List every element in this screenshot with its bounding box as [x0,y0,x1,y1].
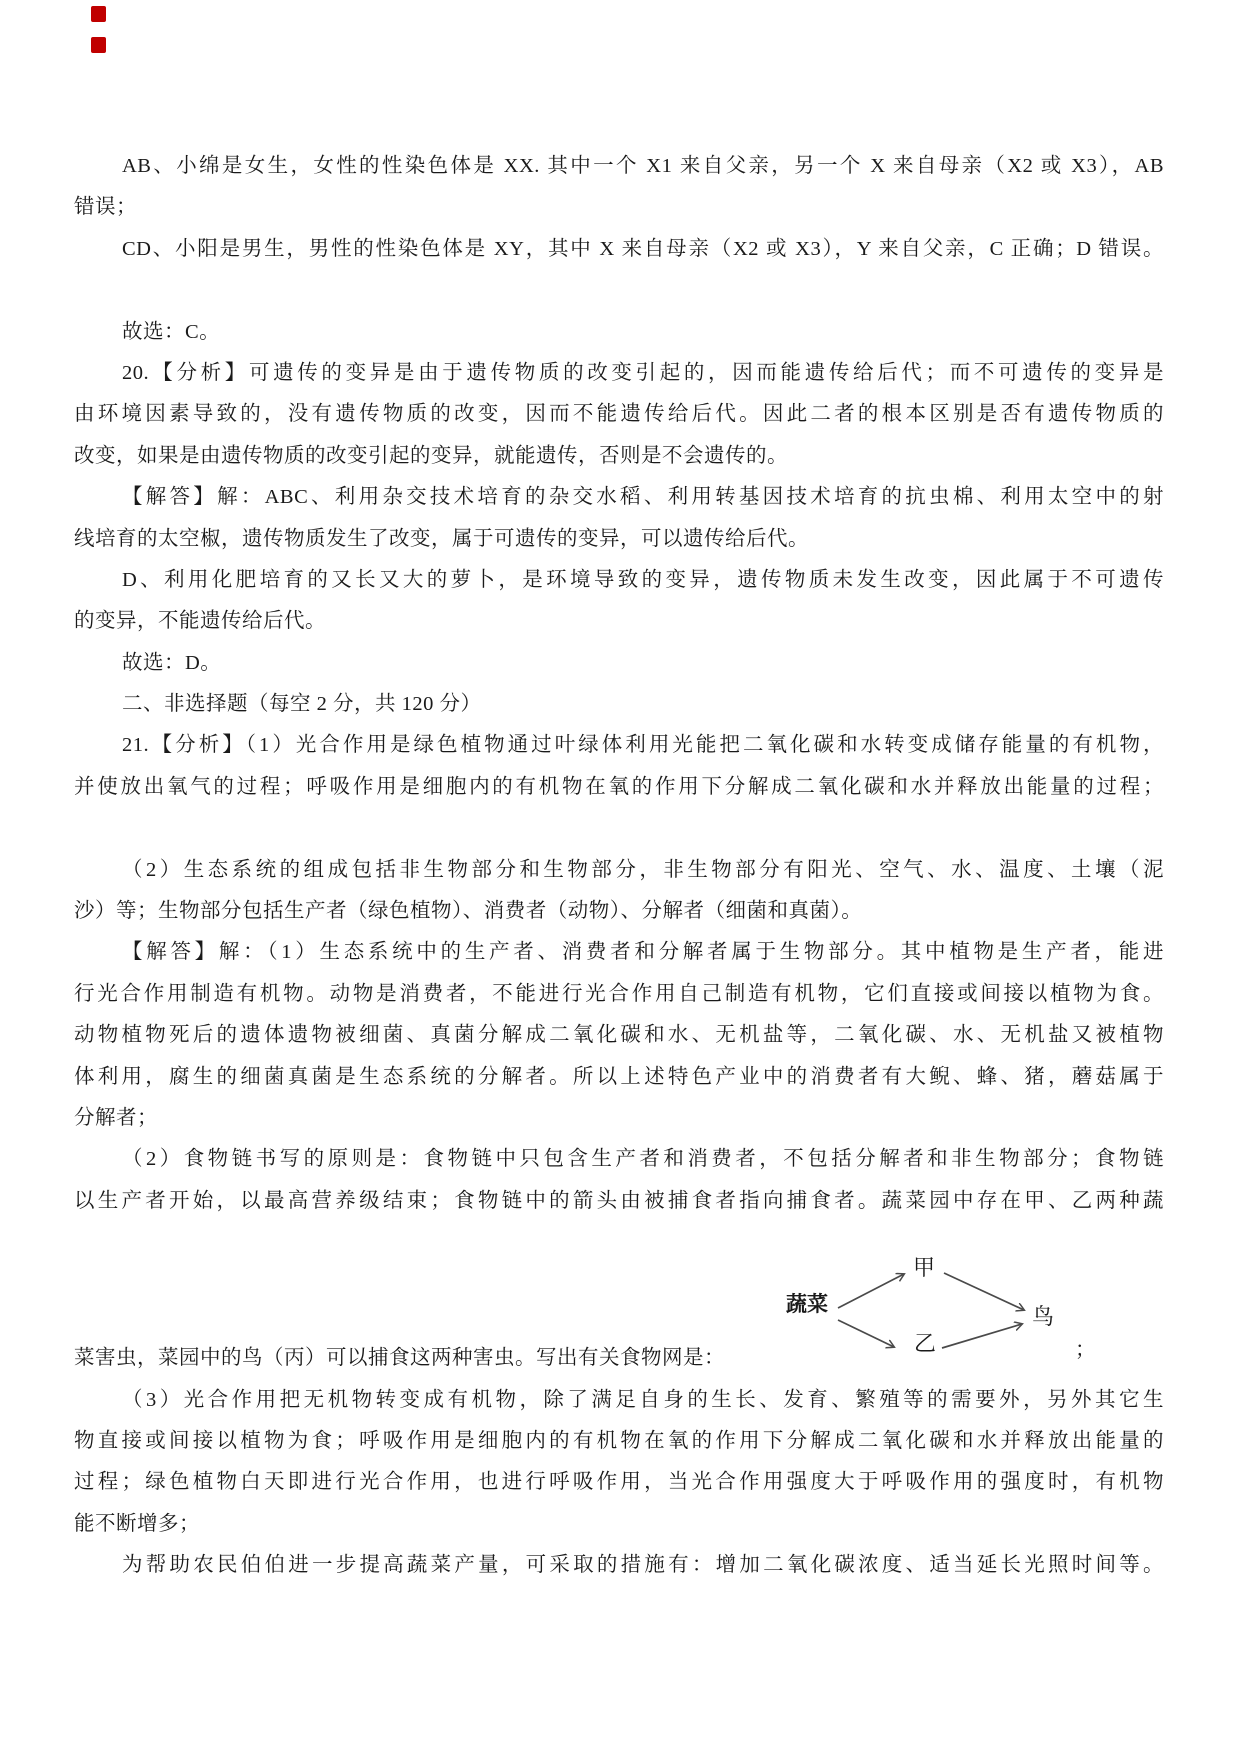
text-line: AB、小绵是女生，女性的性染色体是 XX. 其中一个 X1 来自父亲，另一个 X… [74,146,1164,187]
text-line: 过程；绿色植物白天即进行光合作用，也进行呼吸作用，当光合作用强度大于呼吸作用的强… [74,1462,1164,1503]
text-line: 故选：D。 [74,643,1164,684]
food-web-node-producer: 蔬菜 [786,1293,828,1315]
text-line: 由环境因素导致的，没有遗传物质的改变，因而不能遗传给后代。因此二者的根本区别是否… [74,394,1164,435]
food-web-node-bird: 鸟 [1032,1306,1054,1328]
text-line: 体利用，腐生的细菌真菌是生态系统的分解者。所以上述特色产业中的消费者有大鲵、蜂、… [74,1057,1164,1098]
text-line: 以生产者开始，以最高营养级结束；食物链中的箭头由被捕食者指向捕食者。蔬菜园中存在… [74,1181,1164,1222]
food-web-node-pest-a: 甲 [913,1257,935,1279]
text-line: 为帮助农民伯伯进一步提高蔬菜产量，可采取的措施有：增加二氧化碳浓度、适当延长光照… [74,1545,1164,1586]
text-line: CD、小阳是男生，男性的性染色体是 XY，其中 X 来自母亲（X2 或 X3），… [74,229,1164,270]
text-line: （2）生态系统的组成包括非生物部分和生物部分，非生物部分有阳光、空气、水、温度、… [74,850,1164,891]
text-line: 能不断增多； [74,1504,1164,1545]
text-line: 二、非选择题（每空 2 分，共 120 分） [74,684,1164,725]
text-line: D、利用化肥培育的又长又大的萝卜，是环境导致的变异，遗传物质未发生改变，因此属于… [74,560,1164,601]
document-body: AB、小绵是女生，女性的性染色体是 XX. 其中一个 X1 来自父亲，另一个 X… [0,0,1241,1587]
text-line: 20.【分析】可遗传的变异是由于遗传物质的改变引起的，因而能遗传给后代；而不可遗… [74,353,1164,394]
text-line: 故选：C。 [74,312,1164,353]
document-page: AB、小绵是女生，女性的性染色体是 XX. 其中一个 X1 来自父亲，另一个 X… [0,0,1241,1754]
text-line: （3）光合作用把无机物转变成有机物，除了满足自身的生长、发育、繁殖等的需要外，另… [74,1380,1164,1421]
text-line: 改变，如果是由遗传物质的改变引起的变异，就能遗传，否则是不会遗传的。 [74,436,1164,477]
food-web-row: 蔬菜 甲 乙 鸟 ； [74,1222,1164,1338]
text-line [74,270,1164,311]
text-line [74,808,1164,849]
text-line: 【解答】解：（1）生态系统中的生产者、消费者和分解者属于生物部分。其中植物是生产… [74,932,1164,973]
text-line: 沙）等；生物部分包括生产者（绿色植物）、消费者（动物）、分解者（细菌和真菌）。 [74,891,1164,932]
text-line: 21.【分析】（1）光合作用是绿色植物通过叶绿体利用光能把二氧化碳和水转变成储存… [74,725,1164,766]
text-line: 物直接或间接以植物为食；呼吸作用是细胞内的有机物在氧的作用下分解成二氧化碳和水并… [74,1421,1164,1462]
paragraph-block-bottom: 菜害虫，菜园中的鸟（丙）可以捕食这两种害虫。写出有关食物网是：（3）光合作用把无… [74,1338,1164,1586]
text-line: 分解者； [74,1098,1164,1139]
text-line: 菜害虫，菜园中的鸟（丙）可以捕食这两种害虫。写出有关食物网是： [74,1338,1164,1379]
text-line: 并使放出氧气的过程；呼吸作用是细胞内的有机物在氧的作用下分解成二氧化碳和水并释放… [74,767,1164,808]
text-line: 行光合作用制造有机物。动物是消费者，不能进行光合作用自己制造有机物，它们直接或间… [74,974,1164,1015]
text-line: 错误； [74,187,1164,228]
paragraph-block-top: AB、小绵是女生，女性的性染色体是 XX. 其中一个 X1 来自父亲，另一个 X… [74,146,1164,1222]
text-line: 线培育的太空椒，遗传物质发生了改变，属于可遗传的变异，可以遗传给后代。 [74,519,1164,560]
text-line: 动物植物死后的遗体遗物被细菌、真菌分解成二氧化碳和水、无机盐等，二氧化碳、水、无… [74,1015,1164,1056]
text-line: 【解答】解：ABC、利用杂交技术培育的杂交水稻、利用转基因技术培育的抗虫棉、利用… [74,477,1164,518]
text-line: （2）食物链书写的原则是：食物链中只包含生产者和消费者，不包括分解者和非生物部分… [74,1139,1164,1180]
text-line: 的变异，不能遗传给后代。 [74,601,1164,642]
